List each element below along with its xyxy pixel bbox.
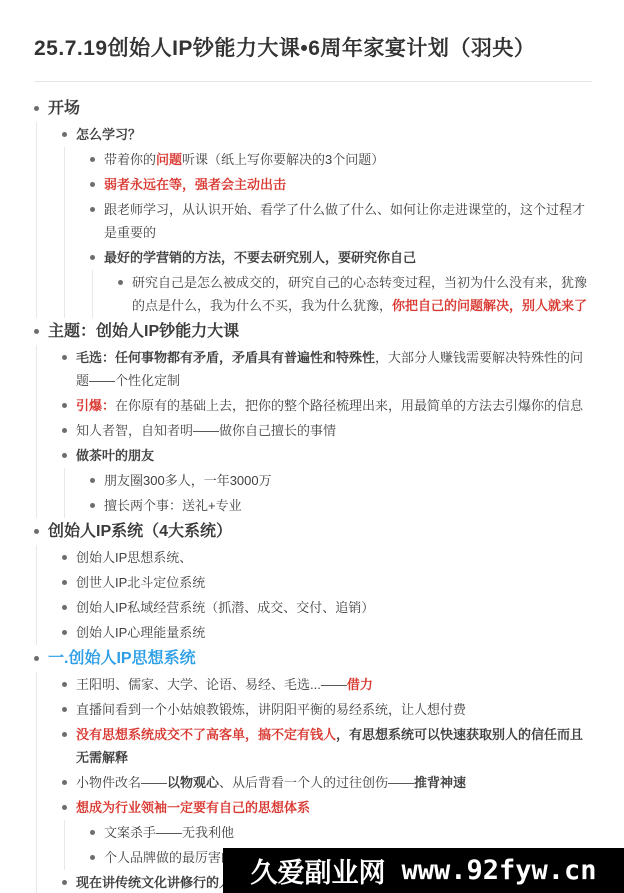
outline-node: 跟老师学习，从认识开始、看学了什么做了什么、如何让你走进课堂的，这个过程才是重要… xyxy=(90,197,592,245)
outline-item-text: 毛选：任何事物都有矛盾，矛盾具有普遍性和特殊性，大部分人赚钱需要解决特殊性的问题… xyxy=(76,346,592,392)
outline-item[interactable]: 直播间看到一个小姑娘教锻炼，讲阴阳平衡的易经系统，让人想付费 xyxy=(62,697,592,722)
bullet-icon[interactable] xyxy=(90,821,104,844)
bullet-icon[interactable] xyxy=(62,673,76,696)
outline-item[interactable]: 王阳明、儒家、大学、论语、易经、毛选...——借力 xyxy=(62,672,592,697)
outline-item-text: 跟老师学习，从认识开始、看学了什么做了什么、如何让你走进课堂的，这个过程才是重要… xyxy=(104,198,592,244)
outline-item-text: 创始人IP私域经营系统（抓潜、成交、交付、追销） xyxy=(76,596,592,619)
outline-item-text: 知人者智，自知者明——做你自己擅长的事情 xyxy=(76,419,592,442)
outline-item[interactable]: 主题：创始人IP钞能力大课 xyxy=(34,318,592,345)
outline-item[interactable]: 引爆：在你原有的基础上去，把你的整个路径梳理出来，用最简单的方法去引爆你的信息 xyxy=(62,393,592,418)
outline-node: 创世人IP北斗定位系统 xyxy=(62,570,592,595)
bullet-icon[interactable] xyxy=(62,123,76,146)
outline-node: 擅长两个事：送礼+专业 xyxy=(90,493,592,518)
outline-item-text: 开场 xyxy=(48,96,592,121)
bullet-icon[interactable] xyxy=(62,546,76,569)
outline-node: 王阳明、儒家、大学、论语、易经、毛选...——借力 xyxy=(62,672,592,697)
bullet-icon[interactable] xyxy=(62,698,76,721)
bullet-icon[interactable] xyxy=(62,796,76,819)
outline-item-text: 创始人IP系统（4大系统） xyxy=(48,519,592,544)
bullet-icon[interactable] xyxy=(90,173,104,196)
outline-node: 文案杀手——无我利他 xyxy=(90,820,592,845)
outline-item[interactable]: 没有思想系统成交不了高客单，搞不定有钱人，有思想系统可以快速获取别人的信任而且无… xyxy=(62,722,592,770)
outline-item-text: 擅长两个事：送礼+专业 xyxy=(104,494,592,517)
outline-item[interactable]: 带着你的问题听课（纸上写你要解决的3个问题） xyxy=(90,147,592,172)
outline-item[interactable]: 一.创始人IP思想系统 xyxy=(34,645,592,672)
outline-item-text: 创始人IP思想系统、 xyxy=(76,546,592,569)
outline-node: 主题：创始人IP钞能力大课毛选：任何事物都有矛盾，矛盾具有普遍性和特殊性，大部分… xyxy=(34,318,592,518)
outline-item-text: 王阳明、儒家、大学、论语、易经、毛选...——借力 xyxy=(76,673,592,696)
bullet-icon[interactable] xyxy=(62,871,76,893)
outline-node: 毛选：任何事物都有矛盾，矛盾具有普遍性和特殊性，大部分人赚钱需要解决特殊性的问题… xyxy=(62,345,592,393)
bullet-icon[interactable] xyxy=(62,571,76,594)
outline-node: 没有思想系统成交不了高客单，搞不定有钱人，有思想系统可以快速获取别人的信任而且无… xyxy=(62,722,592,770)
outline-node: 带着你的问题听课（纸上写你要解决的3个问题） xyxy=(90,147,592,172)
outline-item[interactable]: 开场 xyxy=(34,95,592,122)
outline-node: 开场怎么学习？带着你的问题听课（纸上写你要解决的3个问题）弱者永远在等，强者会主… xyxy=(34,95,592,318)
outline-item[interactable]: 研究自己是怎么被成交的，研究自己的心态转变过程，当初为什么没有来，犹豫的点是什么… xyxy=(118,270,592,318)
outline-item-text: 做茶叶的朋友 xyxy=(76,444,592,467)
outline-item[interactable]: 最好的学营销的方法，不要去研究别人，要研究你自己 xyxy=(90,245,592,270)
outline-item-text: 朋友圈300多人，一年3000万 xyxy=(104,469,592,492)
outline-children: 朋友圈300多人，一年3000万擅长两个事：送礼+专业 xyxy=(64,468,592,518)
outline-children: 研究自己是怎么被成交的，研究自己的心态转变过程，当初为什么没有来，犹豫的点是什么… xyxy=(92,270,592,318)
outline-item-text: 没有思想系统成交不了高客单，搞不定有钱人，有思想系统可以快速获取别人的信任而且无… xyxy=(76,723,592,769)
bullet-icon[interactable] xyxy=(90,469,104,492)
bullet-icon[interactable] xyxy=(62,419,76,442)
bullet-icon[interactable] xyxy=(62,394,76,417)
outline-item-text: 怎么学习？ xyxy=(76,123,592,146)
bullet-icon[interactable] xyxy=(90,148,104,171)
outline-item[interactable]: 毛选：任何事物都有矛盾，矛盾具有普遍性和特殊性，大部分人赚钱需要解决特殊性的问题… xyxy=(62,345,592,393)
outline-item-text: 引爆：在你原有的基础上去，把你的整个路径梳理出来，用最简单的方法去引爆你的信息 xyxy=(76,394,592,417)
outline-item-text: 创世人IP北斗定位系统 xyxy=(76,571,592,594)
outline-item[interactable]: 创世人IP北斗定位系统 xyxy=(62,570,592,595)
outline-item-text: 小物件改名——以物观心、从后背看一个人的过往创伤——推背神速 xyxy=(76,771,592,794)
outline-item-text: 带着你的问题听课（纸上写你要解决的3个问题） xyxy=(104,148,592,171)
outline-node: 最好的学营销的方法，不要去研究别人，要研究你自己研究自己是怎么被成交的，研究自己… xyxy=(90,245,592,318)
outline-item-text: 一.创始人IP思想系统 xyxy=(48,646,592,671)
bullet-icon[interactable] xyxy=(90,246,104,269)
outline-item[interactable]: 朋友圈300多人，一年3000万 xyxy=(90,468,592,493)
outline-item[interactable]: 创始人IP系统（4大系统） xyxy=(34,518,592,545)
outline-node: 创始人IP私域经营系统（抓潜、成交、交付、追销） xyxy=(62,595,592,620)
bullet-icon[interactable] xyxy=(62,621,76,644)
title-divider xyxy=(34,81,592,82)
bullet-icon[interactable] xyxy=(62,723,76,769)
outline-item[interactable]: 知人者智，自知者明——做你自己擅长的事情 xyxy=(62,418,592,443)
outline-node: 小物件改名——以物观心、从后背看一个人的过往创伤——推背神速 xyxy=(62,770,592,795)
outline-item[interactable]: 创始人IP心理能量系统 xyxy=(62,620,592,645)
outline-children: 怎么学习？带着你的问题听课（纸上写你要解决的3个问题）弱者永远在等，强者会主动出… xyxy=(36,122,592,318)
bullet-icon[interactable] xyxy=(90,198,104,244)
bullet-icon[interactable] xyxy=(62,346,76,392)
outline-item[interactable]: 擅长两个事：送礼+专业 xyxy=(90,493,592,518)
outline-item[interactable]: 创始人IP思想系统、 xyxy=(62,545,592,570)
page-title: 25.7.19创始人IP钞能力大课•6周年家宴计划（羽央） xyxy=(34,34,592,64)
outline-node: 引爆：在你原有的基础上去，把你的整个路径梳理出来，用最简单的方法去引爆你的信息 xyxy=(62,393,592,418)
outline-node: 研究自己是怎么被成交的，研究自己的心态转变过程，当初为什么没有来，犹豫的点是什么… xyxy=(118,270,592,318)
outline-item-text: 文案杀手——无我利他 xyxy=(104,821,592,844)
outline-node: 直播间看到一个小姑娘教锻炼，讲阴阳平衡的易经系统，让人想付费 xyxy=(62,697,592,722)
outline-node: 弱者永远在等，强者会主动出击 xyxy=(90,172,592,197)
outline-item[interactable]: 想成为行业领袖一定要有自己的思想体系 xyxy=(62,795,592,820)
outline: 开场怎么学习？带着你的问题听课（纸上写你要解决的3个问题）弱者永远在等，强者会主… xyxy=(34,95,592,893)
outline-item[interactable]: 文案杀手——无我利他 xyxy=(90,820,592,845)
outline-item[interactable]: 创始人IP私域经营系统（抓潜、成交、交付、追销） xyxy=(62,595,592,620)
bullet-icon[interactable] xyxy=(34,319,48,344)
outline-item-text: 创始人IP心理能量系统 xyxy=(76,621,592,644)
bullet-icon[interactable] xyxy=(62,771,76,794)
outline-node: 怎么学习？带着你的问题听课（纸上写你要解决的3个问题）弱者永远在等，强者会主动出… xyxy=(62,122,592,318)
outline-node: 创始人IP思想系统、 xyxy=(62,545,592,570)
outline-node: 做茶叶的朋友朋友圈300多人，一年3000万擅长两个事：送礼+专业 xyxy=(62,443,592,518)
outline-node: 朋友圈300多人，一年3000万 xyxy=(90,468,592,493)
document-page: 25.7.19创始人IP钞能力大课•6周年家宴计划（羽央） 开场怎么学习？带着你… xyxy=(0,0,624,893)
outline-item-text: 直播间看到一个小姑娘教锻炼，讲阴阳平衡的易经系统，让人想付费 xyxy=(76,698,592,721)
outline-node: 创始人IP系统（4大系统）创始人IP思想系统、创世人IP北斗定位系统创始人IP私… xyxy=(34,518,592,645)
outline-node: 知人者智，自知者明——做你自己擅长的事情 xyxy=(62,418,592,443)
outline-item-text: 最好的学营销的方法，不要去研究别人，要研究你自己 xyxy=(104,246,592,269)
outline-item-text: 研究自己是怎么被成交的，研究自己的心态转变过程，当初为什么没有来，犹豫的点是什么… xyxy=(132,271,592,317)
bullet-icon[interactable] xyxy=(34,646,48,671)
outline-item-text: 想成为行业领袖一定要有自己的思想体系 xyxy=(76,796,592,819)
outline-item[interactable]: 怎么学习？ xyxy=(62,122,592,147)
bullet-icon[interactable] xyxy=(34,96,48,121)
bullet-icon[interactable] xyxy=(90,846,104,869)
outline-children: 带着你的问题听课（纸上写你要解决的3个问题）弱者永远在等，强者会主动出击跟老师学… xyxy=(64,147,592,318)
bullet-icon[interactable] xyxy=(90,494,104,517)
outline-children: 毛选：任何事物都有矛盾，矛盾具有普遍性和特殊性，大部分人赚钱需要解决特殊性的问题… xyxy=(36,345,592,518)
outline-item[interactable]: 小物件改名——以物观心、从后背看一个人的过往创伤——推背神速 xyxy=(62,770,592,795)
outline-item-text: 弱者永远在等，强者会主动出击 xyxy=(104,173,592,196)
outline-node: 创始人IP心理能量系统 xyxy=(62,620,592,645)
watermark-url: www.92fyw.cn xyxy=(401,855,596,886)
watermark-site-name: 久爱副业网 xyxy=(250,851,385,890)
watermark-banner: 久爱副业网 www.92fyw.cn xyxy=(223,848,624,893)
outline-item-text: 主题：创始人IP钞能力大课 xyxy=(48,319,592,344)
outline-item[interactable]: 做茶叶的朋友 xyxy=(62,443,592,468)
bullet-icon[interactable] xyxy=(62,444,76,467)
outline-item[interactable]: 弱者永远在等，强者会主动出击 xyxy=(90,172,592,197)
outline-item[interactable]: 跟老师学习，从认识开始、看学了什么做了什么、如何让你走进课堂的，这个过程才是重要… xyxy=(90,197,592,245)
bullet-icon[interactable] xyxy=(34,519,48,544)
bullet-icon[interactable] xyxy=(118,271,132,317)
bullet-icon[interactable] xyxy=(62,596,76,619)
outline-children: 创始人IP思想系统、创世人IP北斗定位系统创始人IP私域经营系统（抓潜、成交、交… xyxy=(36,545,592,645)
